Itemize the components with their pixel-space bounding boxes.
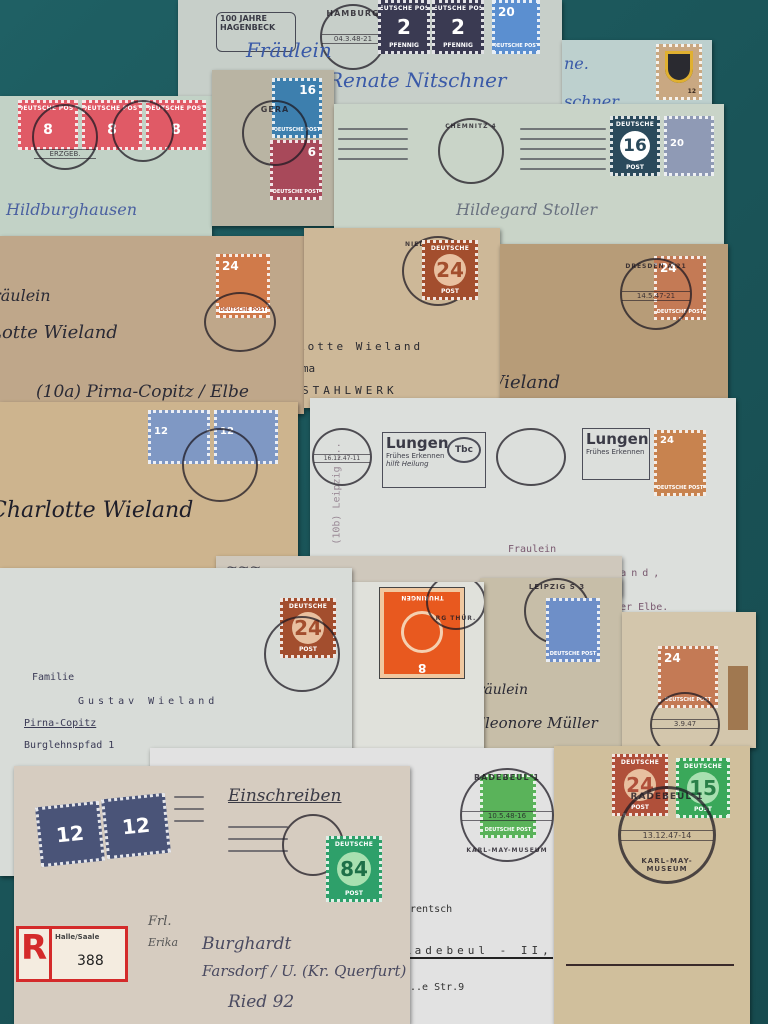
handwritten-line: (10a) Pirna-Copitz / Elbe: [36, 382, 249, 402]
stamp-value: 16: [620, 131, 650, 161]
slogan-title: Lungen: [586, 430, 646, 448]
postmark: [182, 428, 258, 502]
machine-cancel-line: [520, 138, 606, 140]
handwritten-line: Hildburghausen: [6, 200, 137, 219]
stamp-value: 2: [451, 17, 465, 37]
envelope-chemnitz: CHEMNITZ 4 DEUTSCHE 16 POST 20 Hildegard…: [334, 104, 724, 244]
postmark-text: RG THÜR.: [428, 615, 484, 622]
typed-line: Radebeul - II,: [404, 944, 553, 959]
postmark-city: RADEBEUL 1: [621, 792, 713, 802]
stamp-country: DEUTSCHE: [289, 603, 327, 610]
envelope-niedersedlitz: NIEDERSEDLITZ DEUTSCHE 24 POST Lotte Wie…: [304, 228, 500, 408]
stamp-value: 2: [397, 17, 411, 37]
stamp-value: 84: [337, 852, 371, 886]
stamp: 24 DEUTSCHE POST: [654, 430, 706, 496]
postmark-erzgebirge: ERZGEB.: [32, 104, 98, 170]
envelope-small-right: 24 DEUTSCHE POST 3.9.47: [622, 612, 756, 748]
machine-cancel-line: [228, 838, 288, 840]
handwritten-line: Fräulein: [246, 38, 332, 62]
registration-city: Halle/Saale: [55, 933, 99, 941]
stamp-value: 24: [222, 260, 239, 272]
envelope-leipzig-s3: LEIPZIG S 3 DEUTSCHE POST Fräulein Eleon…: [480, 578, 622, 748]
stamp-denomination: POST: [626, 164, 644, 171]
stamp: 20 DEUTSCHE POST: [492, 0, 540, 54]
stamp-value: 12: [154, 427, 168, 437]
handwritten-line: Erika: [148, 936, 178, 949]
handwritten-line: Fräulein: [480, 682, 528, 698]
machine-cancel-line: [520, 128, 606, 130]
envelope-halle-registered: 12 12 Einschreiben DEUTSCHE 84 POST R Ha…: [14, 766, 410, 1024]
machine-cancel-line: [338, 158, 408, 160]
postmark-date: 13.12.47-14: [621, 830, 713, 841]
envelope-erzgebirge: DEUTSCHE POST 8 DEUTSCHE POST 8 DEUTSCHE…: [0, 96, 212, 236]
stamp: 12: [101, 793, 171, 859]
envelope-wieland-handwritten: Fräulein Lotte Wieland (10a) Pirna-Copit…: [0, 236, 304, 414]
stamp-value: 24: [434, 254, 466, 286]
stamp-value: 8: [418, 662, 426, 674]
postmark-gera: GERA: [242, 100, 308, 166]
machine-cancel-line: [228, 850, 288, 852]
registration-divider: [49, 929, 52, 979]
postmark: [496, 428, 566, 486]
handwritten-line: Farsdorf / U. (Kr. Querfurt): [202, 962, 406, 980]
typed-line: Lotte Wieland: [304, 340, 423, 353]
stamp-value: 12: [688, 88, 696, 95]
postmark-ring-text: KARL-MAY-MUSEUM: [621, 857, 713, 873]
stamp: 12: [35, 801, 105, 867]
slogan-text: 100 JAHRE HAGENBECK: [220, 14, 292, 32]
typed-line: Burglehnspfad 1: [24, 740, 114, 751]
handwritten-line: Eleonore Müller: [480, 714, 598, 732]
stamp-coat-of-arms: 12: [656, 44, 702, 100]
postmark-city: DRESDEN A 21: [622, 263, 690, 270]
typed-line: ...e Str.9: [404, 982, 464, 993]
stamp-country: DEUTSCHE: [335, 841, 373, 848]
stamp-denomination: PFENNIG: [389, 42, 419, 49]
stamp-country: DEUTSCHE POST: [657, 485, 704, 491]
typed-line: Frentsch: [404, 904, 452, 915]
typed-line: STAHLWERK: [304, 384, 398, 397]
stamp-country: DEUTSCHE: [616, 121, 654, 128]
machine-cancel-line: [520, 168, 606, 170]
tbc-badge: Tbc: [447, 437, 481, 463]
postmark-city: HAMBURG: [322, 9, 384, 18]
slogan-postmark-lungen: Lungen Frühes Erkennen: [582, 428, 650, 480]
postmark: [204, 292, 276, 352]
postmark-date: 3.9.47: [652, 719, 718, 729]
postmark-city: GERA: [244, 105, 306, 114]
handwritten-line: Fräulein: [0, 286, 51, 305]
machine-cancel-line: [520, 148, 606, 150]
stamp-value: 20: [498, 6, 515, 18]
postmark-date: 16.12.47-11: [314, 454, 370, 463]
postmark-city: RADEBEUL 1: [462, 773, 552, 782]
stamp-value: 12: [55, 823, 85, 846]
stamp-value: 6: [308, 146, 316, 158]
postmark-city: CHEMNITZ 4: [440, 123, 502, 130]
address-line: [566, 964, 734, 966]
machine-cancel-line: [338, 148, 408, 150]
handwritten-line: Burghardt: [202, 934, 291, 954]
machine-cancel-line: [174, 808, 204, 810]
postmark-date: 10.5.48-16: [462, 811, 552, 821]
stamp: 20: [664, 116, 714, 176]
envelope-dresden: 24 DEUTSCHE POST DRESDEN A 21 14.5.47-21…: [500, 244, 728, 416]
machine-cancel-line: [174, 796, 204, 798]
stamp-country: DEUTSCHE POST: [550, 651, 597, 657]
envelope-thuringen: THÜRINGEN 8 RG THÜR.: [350, 582, 484, 750]
stamp: DEUTSCHE POST 2 PFENNIG: [378, 0, 430, 54]
stamp: DEUTSCHE POST: [546, 598, 600, 662]
slogan-postmark-lungen: Lungen Frühes Erkennen hilft Heilung Tbc: [382, 432, 486, 488]
stamp-value: 24: [664, 652, 681, 664]
postmark-city: LEIPZIG S 3: [526, 583, 588, 591]
machine-cancel-line: [338, 128, 408, 130]
registration-letter: R: [21, 931, 47, 965]
typed-line: Familie: [32, 672, 74, 683]
postmark-dresden: DRESDEN A 21 14.5.47-21: [620, 258, 692, 330]
stamp: DEUTSCHE 84 POST: [326, 836, 382, 902]
postmark-radebeul: RADEBEUL 1 10.5.48-16 KARL-MAY-MUSEUM: [460, 768, 554, 862]
handwritten-line: Hildegard Stoller: [456, 200, 597, 219]
stamp: DEUTSCHE 16 POST: [610, 116, 660, 176]
machine-cancel-line: [174, 820, 204, 822]
registration-label: R Halle/Saale 388: [16, 926, 128, 982]
stamp-country: DEUTSCHE POST: [378, 5, 430, 12]
postmark-date: 14.5.47-21: [622, 291, 690, 301]
stamp-country: DEUTSCHE POST: [432, 5, 484, 12]
handwritten-line: Frl.: [148, 914, 172, 929]
typed-line: Pirna-Copitz: [24, 718, 96, 729]
slogan-subtitle: Frühes Erkennen: [586, 448, 646, 456]
machine-cancel-line: [338, 138, 408, 140]
postmark-text: ERZGEB.: [34, 149, 96, 159]
handwritten-line: Wieland: [500, 372, 560, 393]
stamp-value: 16: [299, 84, 316, 96]
stamp-country: DEUTSCHE: [621, 759, 659, 766]
envelope-french-zone: ne. schner 12: [562, 40, 712, 110]
handwritten-line: Ried 92: [228, 992, 294, 1012]
machine-cancel-line: [520, 158, 606, 160]
envelope-gera: 16 DEUTSCHE POST 6 DEUTSCHE POST GERA: [212, 70, 334, 226]
stamp-value: 20: [670, 139, 684, 149]
stamp: DEUTSCHE POST 2 PFENNIG: [432, 0, 484, 54]
handwritten-line: ne.: [564, 54, 589, 73]
typed-line: Firma: [304, 362, 315, 375]
typed-line: Fraulein: [508, 544, 556, 555]
postcard-radebeul: DEUTSCHE 24 POST DEUTSCHE 15 POST RADEBE…: [554, 746, 750, 1024]
stamp-country: DEUTSCHE POST: [273, 189, 320, 195]
stamp-denomination: POST: [345, 890, 363, 897]
registration-number: 388: [77, 953, 104, 969]
stamp-denomination: PFENNIG: [443, 42, 473, 49]
postmark: [112, 100, 174, 162]
stamp-value: 12: [121, 815, 151, 838]
stamp-country: DEUTSCHE: [684, 763, 722, 770]
lion-shield-icon: [665, 51, 693, 83]
typed-line: Gustav Wieland: [78, 696, 218, 707]
tape-strip: [728, 666, 748, 730]
handwritten-line: Lotte Wieland: [0, 322, 118, 343]
handwritten-line: Renate Nitschner: [328, 68, 507, 92]
postmark-leipzig: 16.12.47-11: [312, 428, 372, 486]
stamp: DEUTSCHE 24 POST: [422, 240, 478, 300]
stamp-country: DEUTSCHE: [431, 245, 469, 252]
postmark: [264, 616, 340, 692]
stamp-value: 24: [660, 436, 674, 446]
stamp-denomination: POST: [441, 288, 459, 295]
handwritten-line: Einschreiben: [228, 786, 342, 806]
handwritten-line: Charlotte Wieland: [0, 498, 193, 523]
postmark-chemnitz: CHEMNITZ 4: [438, 118, 504, 184]
machine-cancel-line: [228, 826, 288, 828]
postmark-ring-text: KARL-MAY-MUSEUM: [462, 847, 552, 854]
stamp-country: DEUTSCHE POST: [493, 43, 540, 49]
postmark-radebeul-karl-may: RADEBEUL 1 13.12.47-14 KARL-MAY-MUSEUM: [618, 786, 716, 884]
